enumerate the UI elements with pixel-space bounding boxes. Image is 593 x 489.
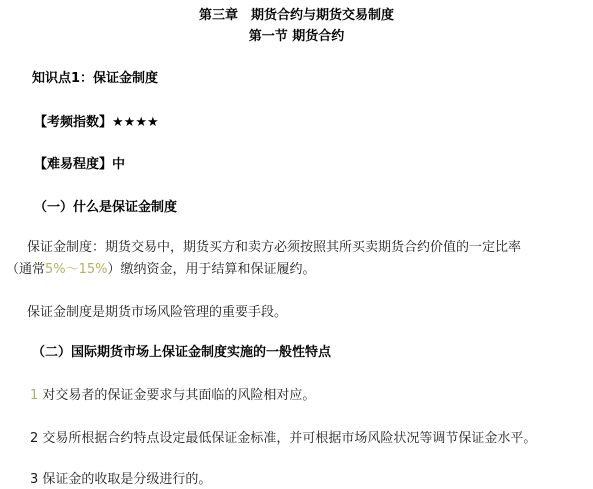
section2-heading: （二）国际期货市场上保证金制度实施的一般性特点 bbox=[32, 345, 331, 361]
difficulty-row: 【难易程度】中 bbox=[34, 157, 125, 173]
knowledge-point-title: 知识点1：保证金制度 bbox=[32, 71, 158, 87]
margin-range: 5%～15% bbox=[45, 262, 108, 277]
difficulty-label: 【难易程度】 bbox=[34, 157, 112, 172]
list-item: 3 保证金的收取是分级进行的。 bbox=[30, 472, 211, 488]
section1-para1-line2: （通常5%～15%）缴纳资金，用于结算和保证履约。 bbox=[6, 262, 316, 278]
frequency-row: 【考频指数】★★★★ bbox=[34, 115, 159, 131]
list-item: 1 对交易者的保证金要求与其面临的风险相对应。 bbox=[30, 388, 315, 404]
section1-heading: （一）什么是保证金制度 bbox=[34, 200, 177, 216]
chapter-title: 第三章 期货合约与期货交易制度 bbox=[0, 8, 593, 24]
frequency-label: 【考频指数】 bbox=[34, 115, 112, 130]
difficulty-value: 中 bbox=[112, 157, 125, 172]
section1-para2: 保证金制度是期货市场风险管理的重要手段。 bbox=[27, 305, 287, 321]
section1-para1-line1: 保证金制度：期货交易中，期货买方和卖方必须按照其所买卖期货合约价值的一定比率 bbox=[27, 240, 521, 256]
section-title: 第一节 期货合约 bbox=[0, 29, 593, 45]
frequency-stars-icon: ★★★★ bbox=[112, 115, 159, 130]
list-item: 2 交易所根据合约特点设定最低保证金标准，并可根据市场风险状况等调节保证金水平。 bbox=[30, 431, 536, 447]
